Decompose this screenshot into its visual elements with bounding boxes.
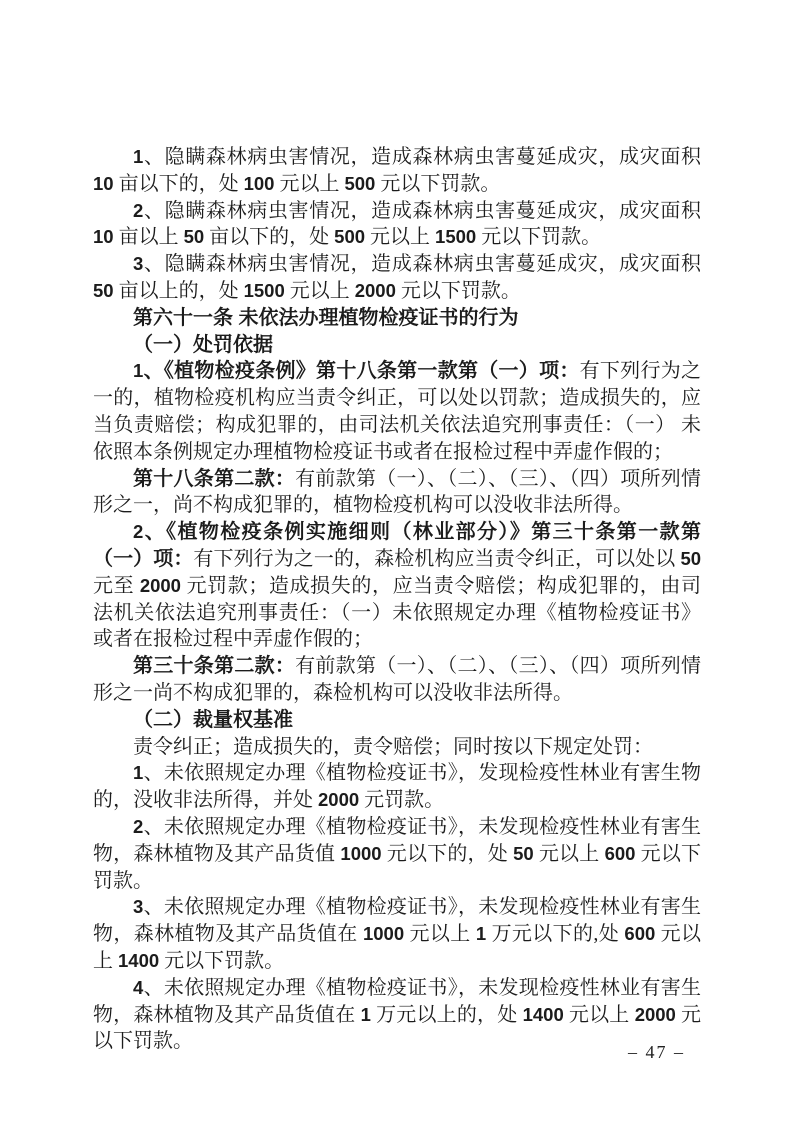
numeral: 600 [624, 923, 655, 944]
numeral: 50 [184, 226, 205, 247]
paragraph: 1、隐瞒森林病虫害情况，造成森林病虫害蔓延成灾，成灾面积 10 亩以下的，处 1… [93, 144, 701, 198]
text-run: 2、隐瞒森林病虫害情况，造成森林病虫害蔓延成灾，成灾面积 10 亩以上 50 亩… [93, 200, 701, 249]
paragraph: 第十八条第二款：有前款第（一）、（二）、（三）、（四）项所列情形之一，尚不构成犯… [93, 466, 701, 520]
paragraph: 1、《植物检疫条例》第十八条第一款第（一）项：有下列行为之一的，植物检疫机构应当… [93, 358, 701, 465]
section-heading: （一）处罚依据 [93, 332, 701, 359]
bold-text-run: 第六十一条 未依法办理植物检疫证书的行为 [133, 307, 519, 329]
numeral: 2000 [635, 1004, 676, 1025]
numeral: 10 [93, 173, 114, 194]
numeral: 1000 [340, 843, 381, 864]
paragraph: 3、未依照规定办理《植物检疫证书》，未发现检疫性林业有害生物，森林植物及其产品货… [93, 894, 701, 974]
text-run: 1、未依照规定办理《植物检疫证书》，发现检疫性林业有害生物的，没收非法所得，并处… [93, 762, 701, 811]
numeral: 1400 [523, 1004, 564, 1025]
numeral: 500 [344, 173, 375, 194]
paragraph: 2、《植物检疫条例实施细则（林业部分）》第三十条第一款第（一）项：有下列行为之一… [93, 519, 701, 653]
text-run: 2、未依照规定办理《植物检疫证书》，未发现检疫性林业有害生物，森林植物及其产品货… [93, 816, 701, 892]
numeral: 1 [133, 146, 143, 167]
paragraph: 4、未依照规定办理《植物检疫证书》，未发现检疫性林业有害生物，森林植物及其产品货… [93, 975, 701, 1055]
paragraph: 1、未依照规定办理《植物检疫证书》，发现检疫性林业有害生物的，没收非法所得，并处… [93, 760, 701, 814]
page-number: – 47 – [628, 1042, 708, 1063]
numeral: 4 [133, 977, 143, 998]
bold-text-run: 第十八条第二款： [133, 468, 295, 490]
numeral: 1500 [244, 280, 285, 301]
bold-text-run: （一）处罚依据 [133, 334, 273, 356]
text-run: 1、隐瞒森林病虫害情况，造成森林病虫害蔓延成灾，成灾面积 10 亩以下的，处 1… [93, 146, 701, 195]
numeral: 50 [680, 548, 701, 569]
document-page: 1、隐瞒森林病虫害情况，造成森林病虫害蔓延成灾，成灾面积 10 亩以下的，处 1… [0, 0, 793, 1122]
text-run: 4、未依照规定办理《植物检疫证书》，未发现检疫性林业有害生物，森林植物及其产品货… [93, 977, 701, 1053]
text-run: 责令纠正；造成损失的，责令赔偿；同时按以下规定处罚： [133, 736, 653, 758]
numeral: 2000 [140, 575, 181, 596]
numeral: 2 [133, 521, 143, 542]
numeral: 1 [133, 762, 143, 783]
bold-text-run: 1、《植物检疫条例》第十八条第一款第（一）项： [133, 360, 580, 382]
paragraph: 2、隐瞒森林病虫害情况，造成森林病虫害蔓延成灾，成灾面积 10 亩以上 50 亩… [93, 198, 701, 252]
text-run: 3、隐瞒森林病虫害情况，造成森林病虫害蔓延成灾，成灾面积 50 亩以上的，处 1… [93, 253, 701, 302]
bold-text-run: 第三十条第二款： [133, 655, 295, 677]
numeral: 3 [133, 253, 143, 274]
text-run: 3、未依照规定办理《植物检疫证书》，未发现检疫性林业有害生物，森林植物及其产品货… [93, 896, 701, 972]
bold-text-run: （二）裁量权基准 [133, 709, 293, 731]
numeral: 600 [605, 843, 636, 864]
numeral: 1 [476, 923, 486, 944]
numeral: 1 [361, 1004, 371, 1025]
numeral: 100 [244, 173, 275, 194]
numeral: 2000 [355, 280, 396, 301]
paragraph: 第三十条第二款：有前款第（一）、（二）、（三）、（四）项所列情形之一尚不构成犯罪… [93, 653, 701, 707]
section-heading: 第六十一条 未依法办理植物检疫证书的行为 [93, 305, 701, 332]
numeral: 1400 [118, 950, 159, 971]
paragraph: 2、未依照规定办理《植物检疫证书》，未发现检疫性林业有害生物，森林植物及其产品货… [93, 814, 701, 894]
numeral: 2 [133, 816, 143, 837]
numeral: 10 [93, 226, 114, 247]
numeral: 1500 [435, 226, 476, 247]
numeral: 50 [93, 280, 114, 301]
numeral: 500 [334, 226, 365, 247]
numeral: 2 [133, 200, 143, 221]
paragraph: 责令纠正；造成损失的，责令赔偿；同时按以下规定处罚： [93, 734, 701, 761]
paragraph: 3、隐瞒森林病虫害情况，造成森林病虫害蔓延成灾，成灾面积 50 亩以上的，处 1… [93, 251, 701, 305]
numeral: 3 [133, 896, 143, 917]
numeral: 1000 [363, 923, 404, 944]
numeral: 1 [133, 360, 143, 381]
document-body: 1、隐瞒森林病虫害情况，造成森林病虫害蔓延成灾，成灾面积 10 亩以下的，处 1… [93, 144, 701, 1055]
numeral: 50 [513, 843, 534, 864]
section-heading: （二）裁量权基准 [93, 707, 701, 734]
numeral: 2000 [318, 789, 359, 810]
